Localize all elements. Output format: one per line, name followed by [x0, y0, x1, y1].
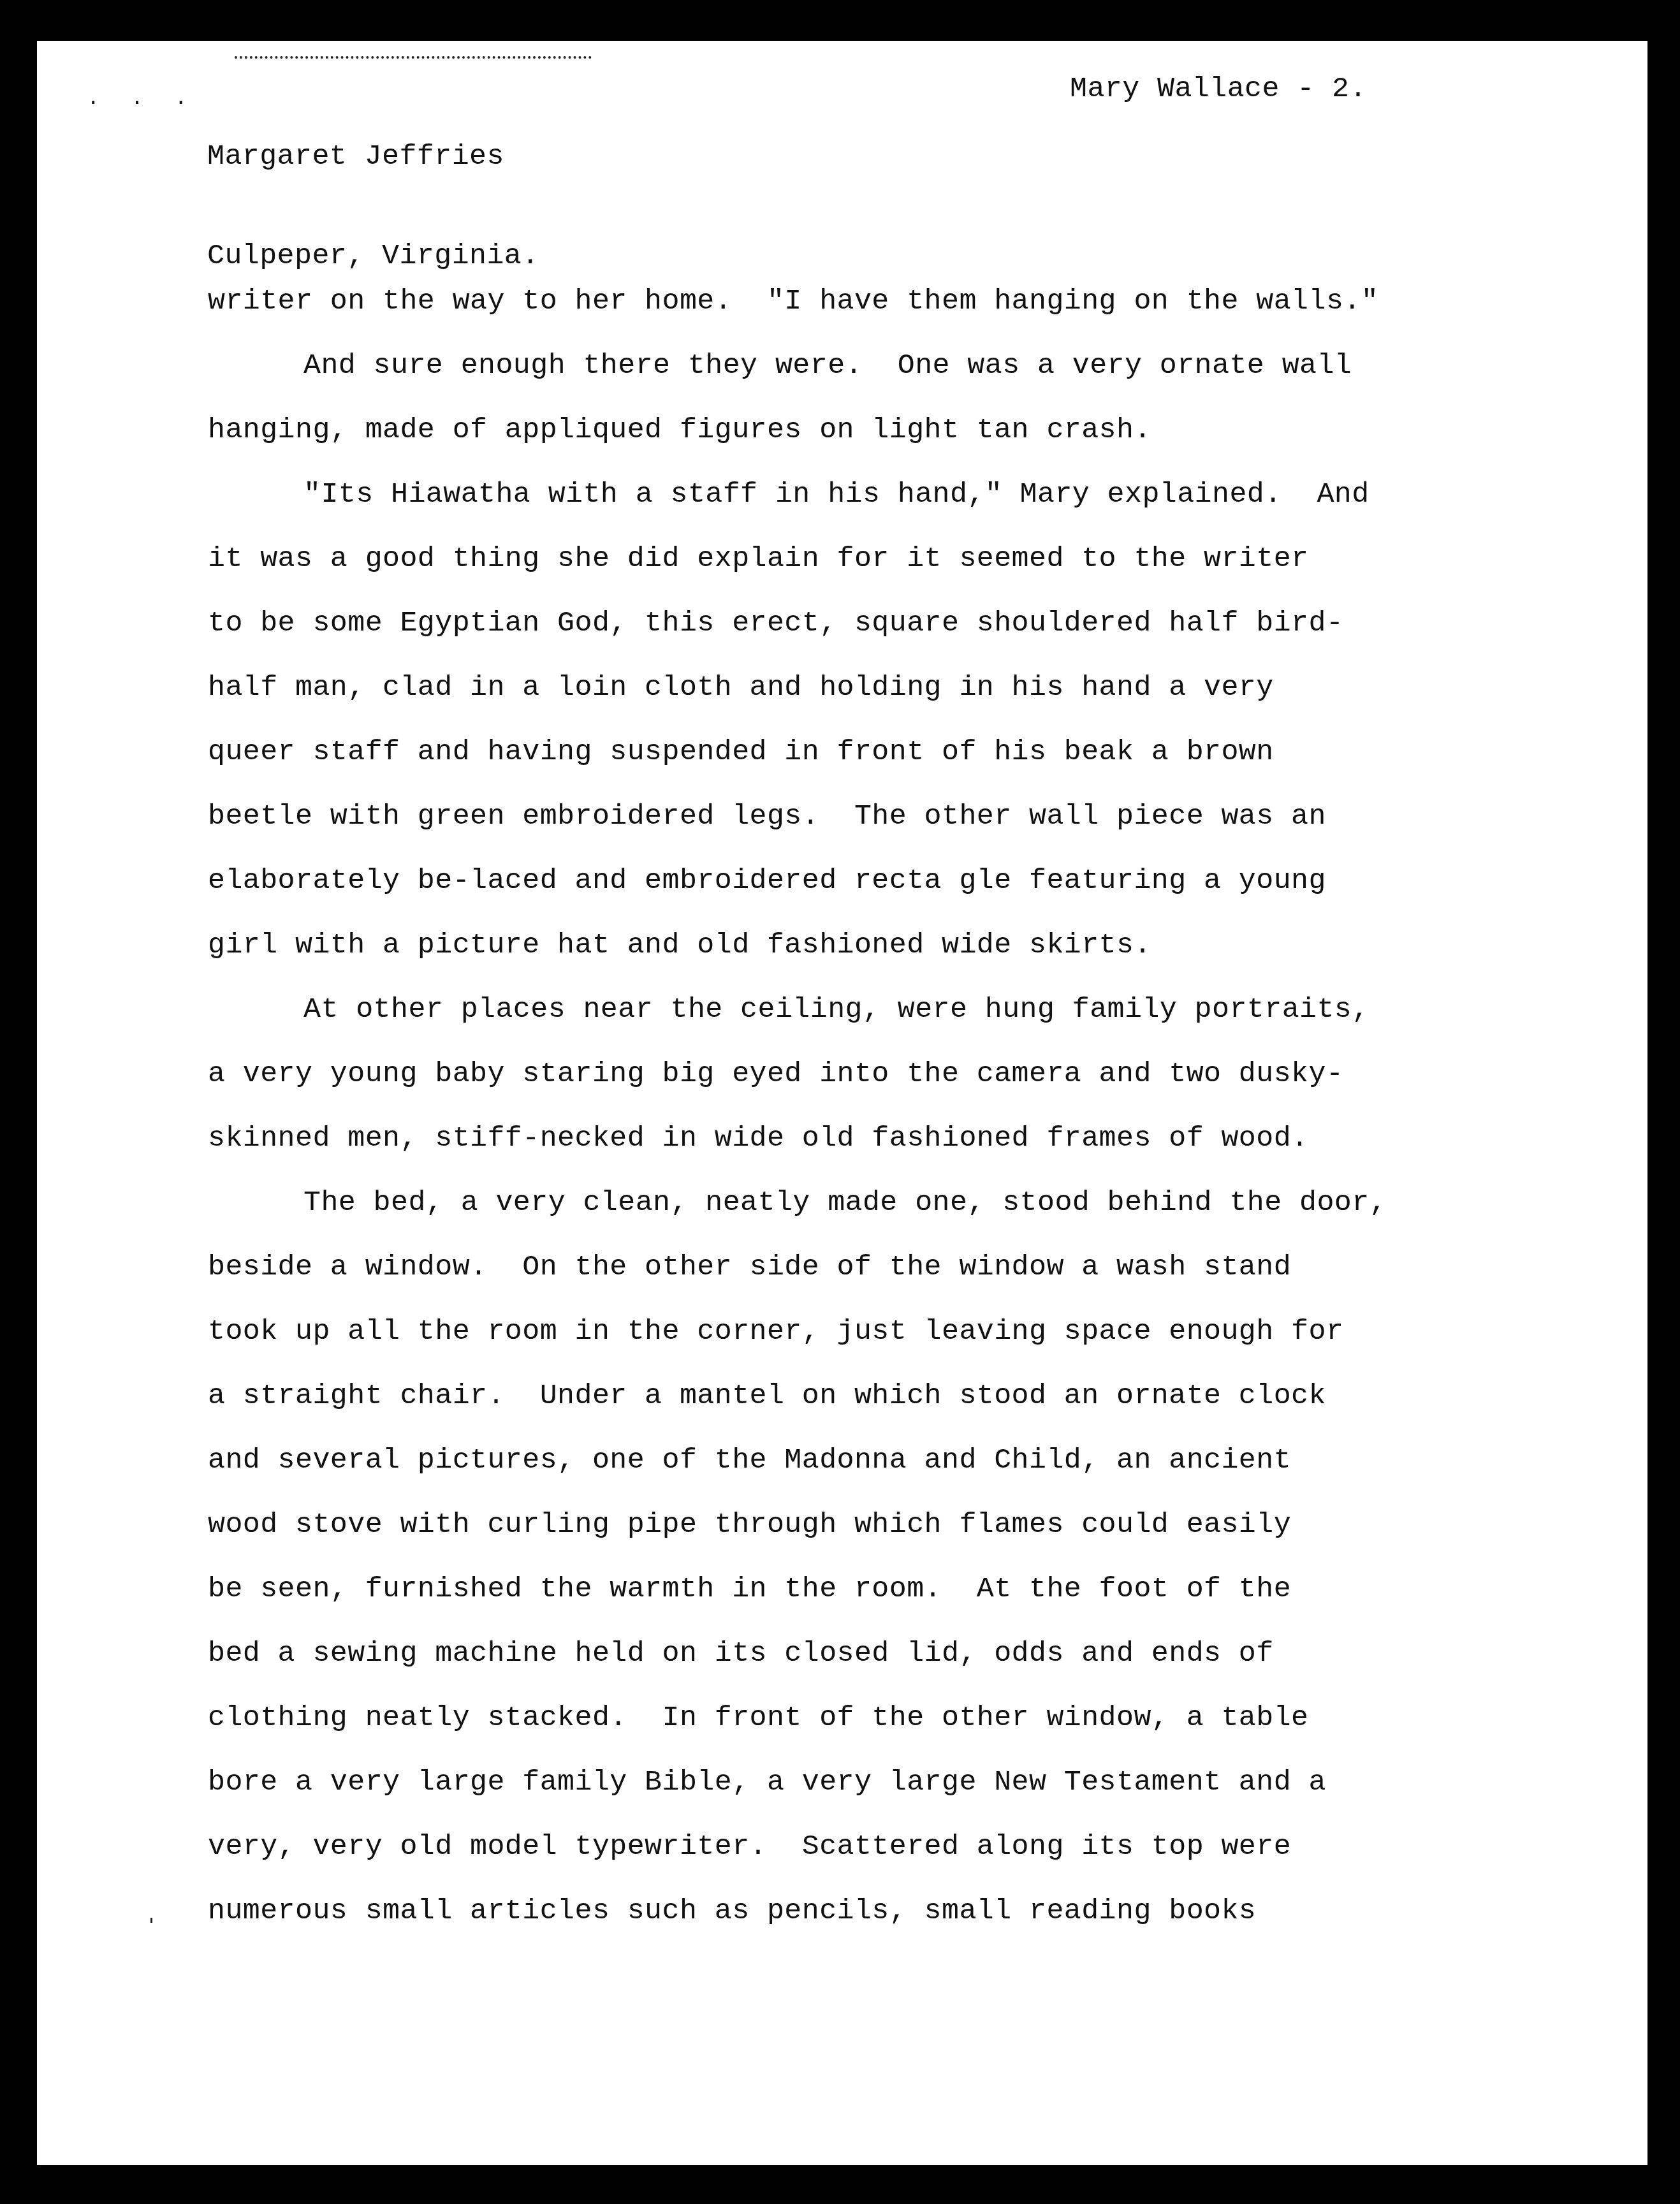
text-line: took up all the room in the corner, just…: [208, 1299, 1611, 1364]
text-line: At other places near the ceiling, were h…: [208, 977, 1611, 1042]
text-line: beetle with green embroidered legs. The …: [208, 784, 1611, 849]
text-line: a straight chair. Under a mantel on whic…: [208, 1364, 1611, 1428]
text-line: elaborately be-laced and embroidered rec…: [208, 849, 1611, 913]
text-line: be seen, furnished the warmth in the roo…: [208, 1557, 1611, 1621]
text-line: it was a good thing she did explain for …: [208, 527, 1611, 591]
text-line: bore a very large family Bible, a very l…: [208, 1750, 1611, 1814]
text-line: to be some Egyptian God, this erect, squ…: [208, 591, 1611, 655]
faded-header-marks: [235, 56, 592, 62]
body-text: writer on the way to her home. "I have t…: [208, 269, 1611, 1943]
text-line: a very young baby staring big eyed into …: [208, 1042, 1611, 1106]
text-line: clothing neatly stacked. In front of the…: [208, 1686, 1611, 1750]
page-label: Mary Wallace - 2.: [1070, 73, 1367, 105]
text-line: numerous small articles such as pencils,…: [208, 1879, 1611, 1943]
text-line: and several pictures, one of the Madonna…: [208, 1428, 1611, 1492]
text-line: "Its Hiawatha with a staff in his hand,"…: [208, 462, 1611, 527]
text-line: half man, clad in a loin cloth and holdi…: [208, 655, 1611, 720]
text-line: beside a window. On the other side of th…: [208, 1235, 1611, 1299]
author-location: Culpeper, Virginia.: [207, 240, 539, 273]
text-line: queer staff and having suspended in fron…: [208, 720, 1611, 784]
margin-dots: . . .: [87, 87, 196, 111]
typewritten-page: . . . Margaret Jeffries Culpeper, Virgin…: [37, 41, 1647, 2165]
text-line: And sure enough there they were. One was…: [208, 333, 1611, 398]
text-line: wood stove with curling pipe through whi…: [208, 1492, 1611, 1557]
text-line: very, very old model typewriter. Scatter…: [208, 1814, 1611, 1879]
author-name: Margaret Jeffries: [207, 140, 539, 173]
text-line: writer on the way to her home. "I have t…: [208, 269, 1611, 333]
text-line: bed a sewing machine held on its closed …: [208, 1621, 1611, 1686]
text-line: The bed, a very clean, neatly made one, …: [208, 1171, 1611, 1235]
text-line: skinned men, stiff-necked in wide old fa…: [208, 1106, 1611, 1171]
text-line: girl with a picture hat and old fashione…: [208, 913, 1611, 977]
stray-mark: [150, 1918, 152, 1923]
text-line: hanging, made of appliqued figures on li…: [208, 398, 1611, 462]
